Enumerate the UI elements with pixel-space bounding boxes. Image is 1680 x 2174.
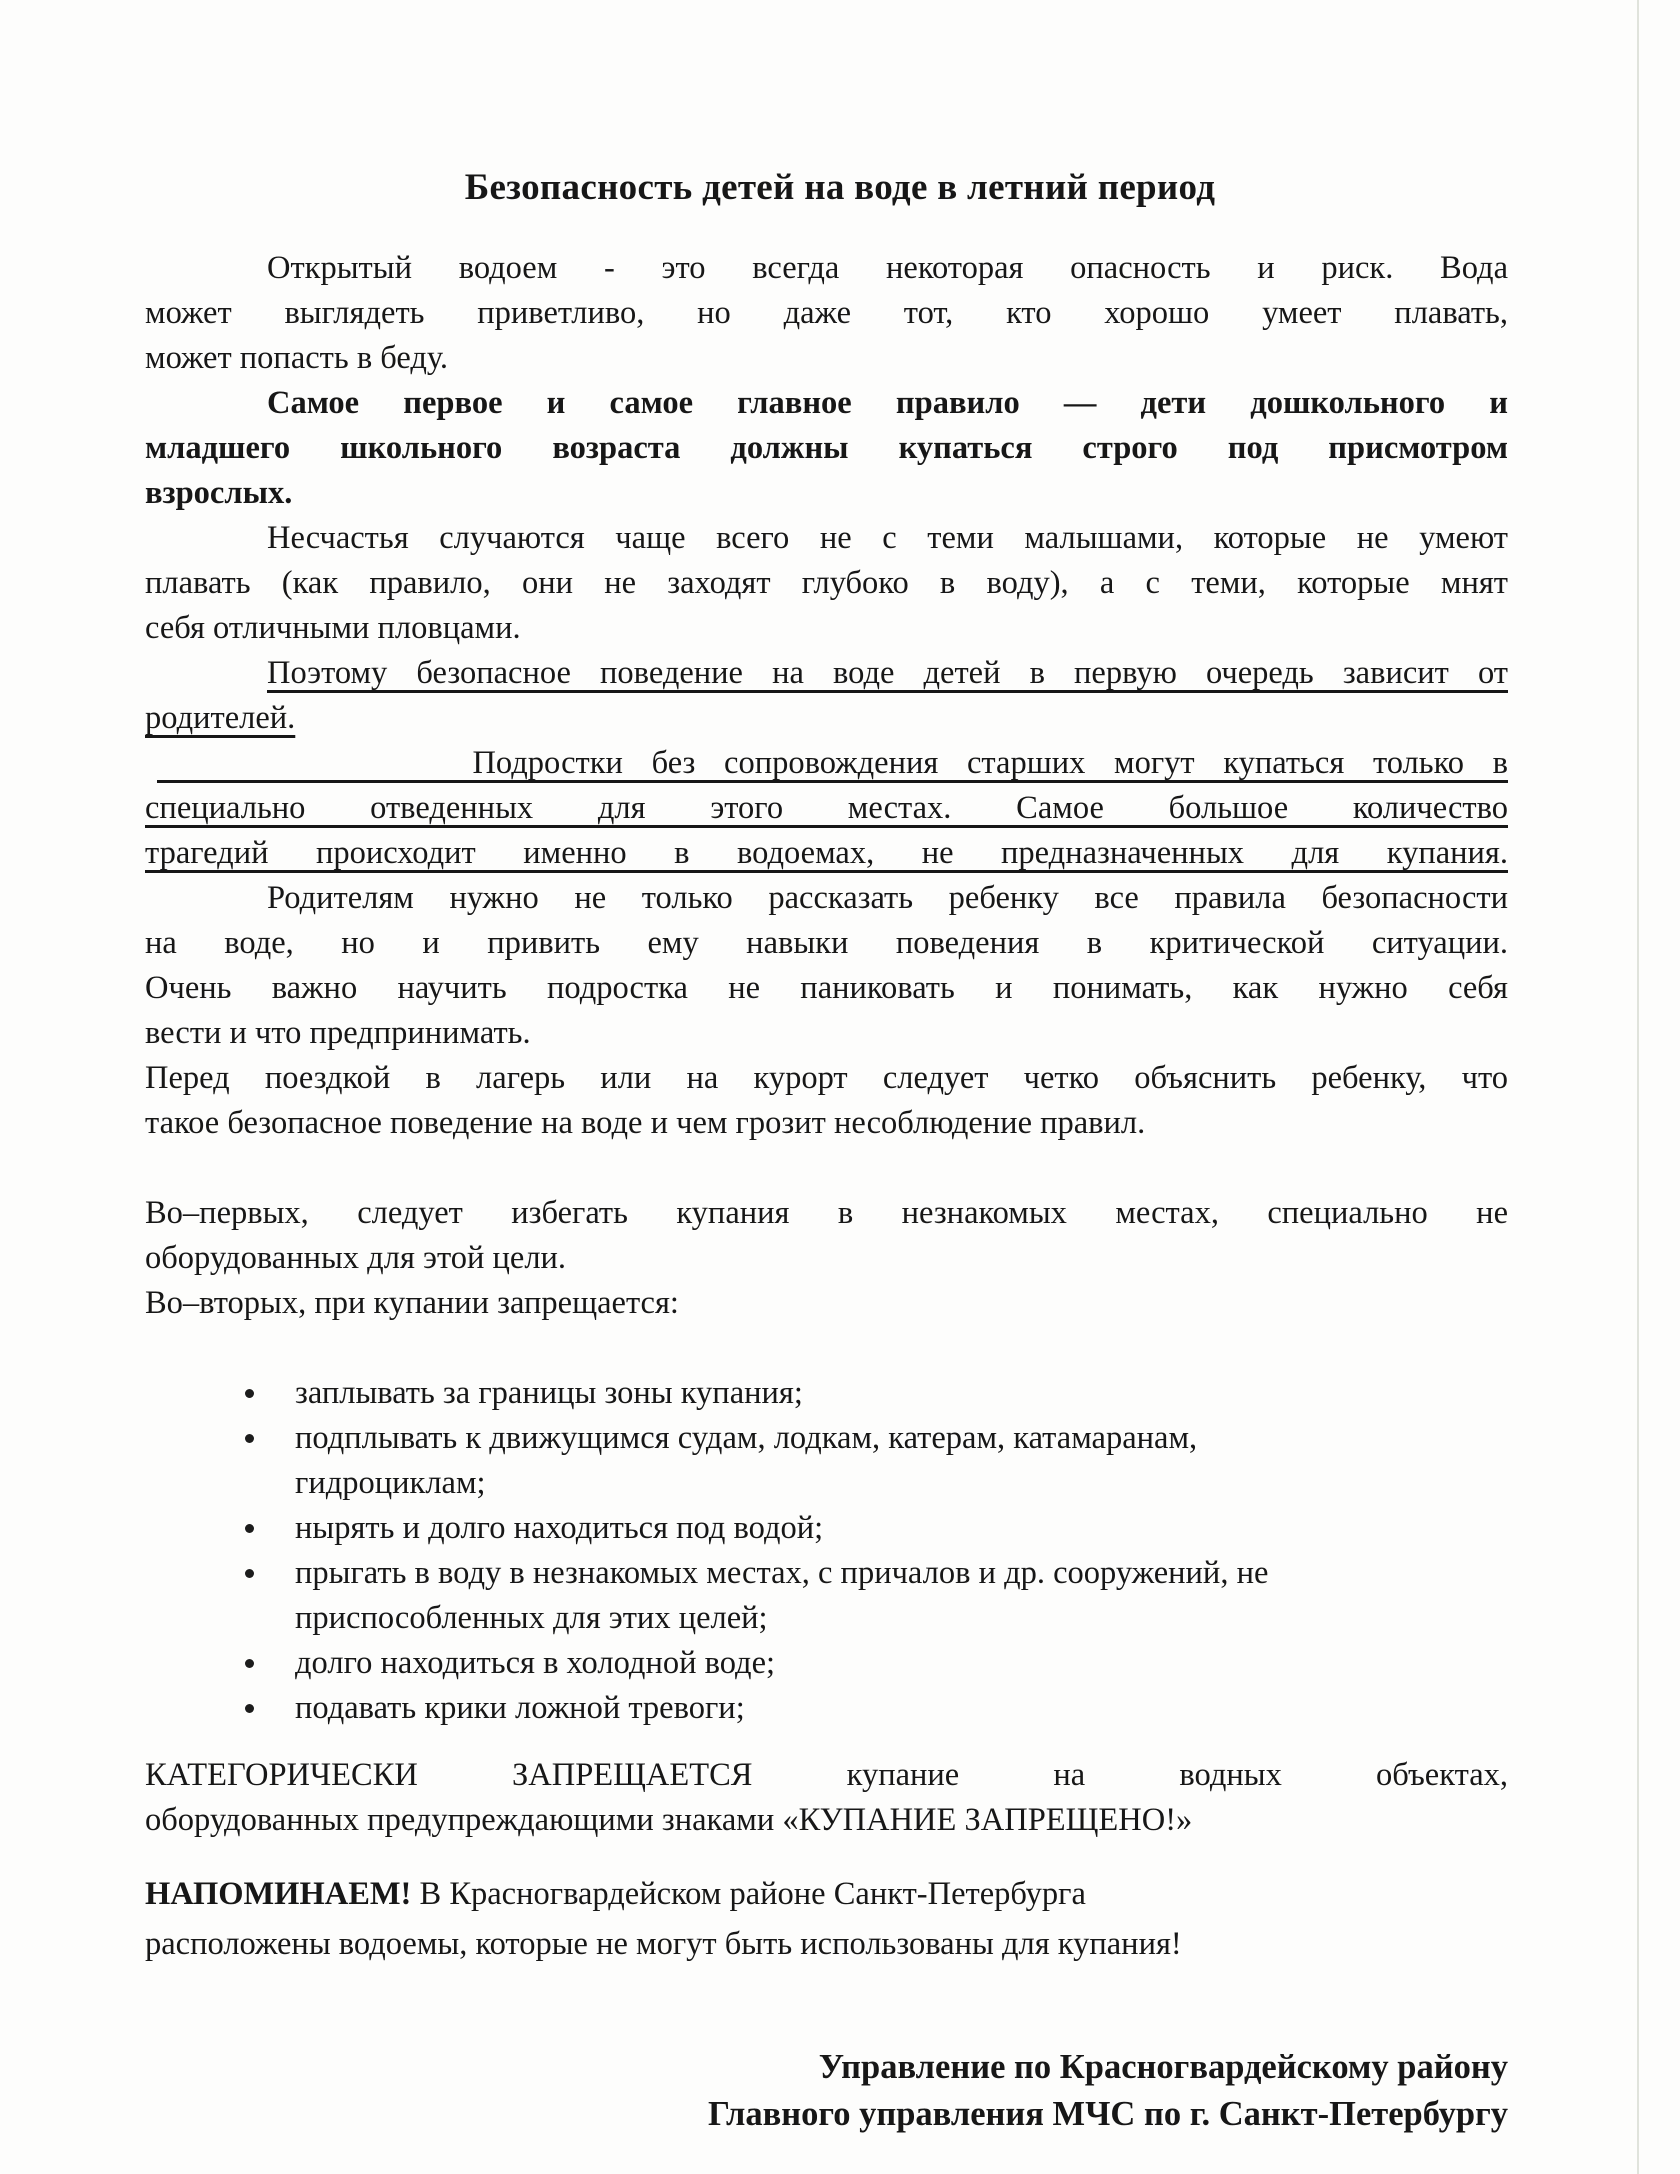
bullet-icon <box>245 1569 254 1578</box>
paragraph-reminder: НАПОМИНАЕМ! В Красногвардейском районе С… <box>145 1869 1508 1969</box>
list-item: прыгать в воду в незнакомых местах, с пр… <box>145 1551 1508 1641</box>
document-footer: Управление по Красногвардейскому району … <box>708 2044 1508 2138</box>
text-line: оборудованных предупреждающими знаками «… <box>145 1798 1508 1843</box>
text-line: Очень важно научить подростка не паников… <box>145 966 1508 1011</box>
bullet-text: подавать крики ложной тревоги; <box>295 1686 1508 1731</box>
bullet-icon <box>245 1524 254 1533</box>
list-item: заплывать за границы зоны купания; <box>145 1371 1508 1416</box>
text-line: прыгать в воду в незнакомых местах, с пр… <box>295 1551 1508 1596</box>
bullet-text: прыгать в воду в незнакомых местах, с пр… <box>295 1551 1508 1641</box>
text-line: Несчастья случаются чаще всего не с теми… <box>145 516 1508 561</box>
text-line: расположены водоемы, которые не могут бы… <box>145 1919 1508 1969</box>
paragraph-before-trip: Перед поездкой в лагерь или на курорт сл… <box>145 1056 1508 1146</box>
paragraph-open-water: Открытый водоем - это всегда некоторая о… <box>145 246 1508 381</box>
reminder-bold-label: НАПОМИНАЕМ! <box>145 1876 411 1912</box>
list-item: нырять и долго находиться под водой; <box>145 1506 1508 1551</box>
text-line: специально отведенных для этого местах. … <box>145 786 1508 831</box>
text-line: Во–первых, следует избегать купания в не… <box>145 1191 1508 1236</box>
paragraph-teenagers: Подростки без сопровождения старших могу… <box>145 741 1508 876</box>
text-line: может попасть в беду. <box>145 336 1508 381</box>
reminder-rest-text: В Красногвардейском районе Санкт-Петербу… <box>411 1876 1086 1912</box>
text-line: Открытый водоем - это всегда некоторая о… <box>145 246 1508 291</box>
text-line: гидроциклам; <box>295 1461 1508 1506</box>
text-line: Поэтому безопасное поведение на воде дет… <box>145 651 1508 696</box>
text-line: такое безопасное поведение на воде и чем… <box>145 1101 1508 1146</box>
text-line: трагедий происходит именно в водоемах, н… <box>145 831 1508 876</box>
text-line: Во–вторых, при купании запрещается: <box>145 1281 1508 1326</box>
text-line: на воде, но и привить ему навыки поведен… <box>145 921 1508 966</box>
bullet-icon <box>245 1434 254 1443</box>
bullet-text: долго находиться в холодной воде; <box>295 1641 1508 1686</box>
paragraph-firstly: Во–первых, следует избегать купания в не… <box>145 1191 1508 1281</box>
text-line: себя отличными пловцами. <box>145 606 1508 651</box>
text-line: НАПОМИНАЕМ! В Красногвардейском районе С… <box>145 1869 1508 1919</box>
bullet-text: заплывать за границы зоны купания; <box>295 1371 1508 1416</box>
list-item: долго находиться в холодной воде; <box>145 1641 1508 1686</box>
paragraph-categorically-prohibited: КАТЕГОРИЧЕСКИ ЗАПРЕЩАЕТСЯ купание на вод… <box>145 1753 1508 1843</box>
bullet-text: подплывать к движущимся судам, лодкам, к… <box>295 1416 1508 1506</box>
list-item: подплывать к движущимся судам, лодкам, к… <box>145 1416 1508 1506</box>
text-line: подавать крики ложной тревоги; <box>295 1686 1508 1731</box>
bullet-text: нырять и долго находиться под водой; <box>295 1506 1508 1551</box>
scan-edge-artifact <box>1637 0 1639 2174</box>
text-line: Самое первое и самое главное правило — д… <box>145 381 1508 426</box>
text-line: Родителям нужно не только рассказать реб… <box>145 876 1508 921</box>
text-line: вести и что предпринимать. <box>145 1011 1508 1056</box>
bullet-icon <box>245 1659 254 1668</box>
text-line: Подростки без сопровождения старших могу… <box>145 741 1508 786</box>
list-item: подавать крики ложной тревоги; <box>145 1686 1508 1731</box>
text-line: оборудованных для этой цели. <box>145 1236 1508 1281</box>
prohibited-actions-list: заплывать за границы зоны купания;подплы… <box>145 1371 1508 1731</box>
document-body: Открытый водоем - это всегда некоторая о… <box>145 246 1508 1969</box>
footer-line: Главного управления МЧС по г. Санкт-Пете… <box>708 2091 1508 2138</box>
paragraph-depends-on-parents: Поэтому безопасное поведение на воде дет… <box>145 651 1508 741</box>
text-line: подплывать к движущимся судам, лодкам, к… <box>295 1416 1508 1461</box>
text-line: плавать (как правило, они не заходят глу… <box>145 561 1508 606</box>
text-line: родителей. <box>145 696 1508 741</box>
text-line: приспособленных для этих целей; <box>295 1596 1508 1641</box>
text-line: долго находиться в холодной воде; <box>295 1641 1508 1686</box>
document-title: Безопасность детей на воде в летний пери… <box>0 166 1680 209</box>
text-line: младшего школьного возраста должны купат… <box>145 426 1508 471</box>
bullet-icon <box>245 1704 254 1713</box>
paragraph-parents-teach: Родителям нужно не только рассказать реб… <box>145 876 1508 1056</box>
footer-line: Управление по Красногвардейскому району <box>708 2044 1508 2091</box>
text-line: Перед поездкой в лагерь или на курорт сл… <box>145 1056 1508 1101</box>
bullet-icon <box>245 1389 254 1398</box>
scanned-document-page: Безопасность детей на воде в летний пери… <box>0 0 1680 2174</box>
text-line: нырять и долго находиться под водой; <box>295 1506 1508 1551</box>
text-line: заплывать за границы зоны купания; <box>295 1371 1508 1416</box>
text-line: КАТЕГОРИЧЕСКИ ЗАПРЕЩАЕТСЯ купание на вод… <box>145 1753 1508 1798</box>
paragraph-accidents: Несчастья случаются чаще всего не с теми… <box>145 516 1508 651</box>
paragraph-secondly: Во–вторых, при купании запрещается: <box>145 1281 1508 1326</box>
text-line: может выглядеть приветливо, но даже тот,… <box>145 291 1508 336</box>
text-line: взрослых. <box>145 471 1508 516</box>
paragraph-main-rule: Самое первое и самое главное правило — д… <box>145 381 1508 516</box>
